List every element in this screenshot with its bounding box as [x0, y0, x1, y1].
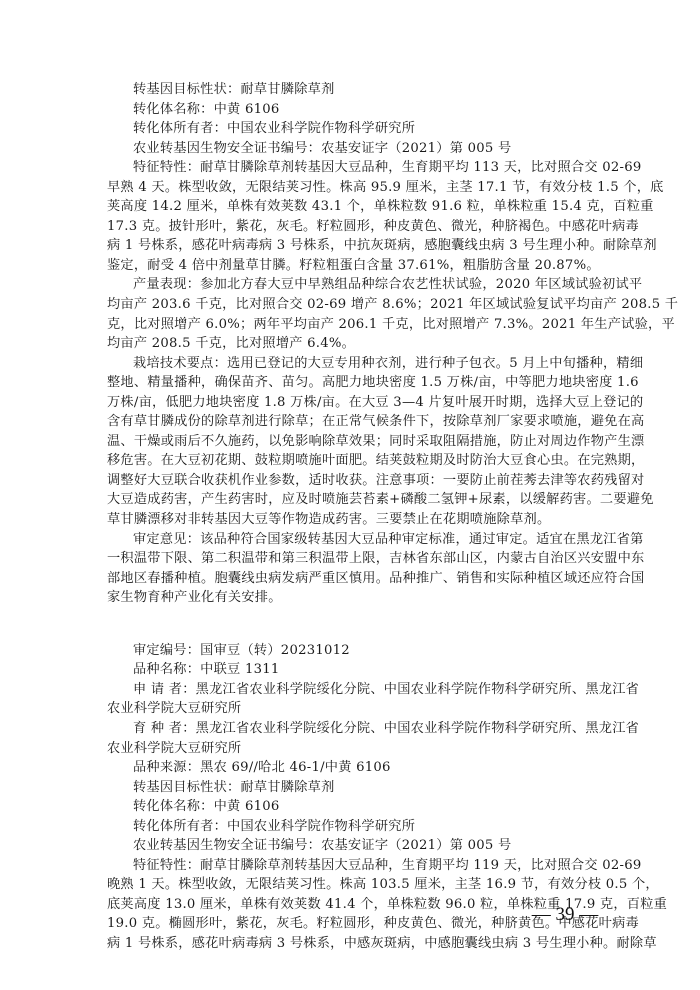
cultivation-line: 整地、精量播种，确保苗齐、苗匀。高肥力地块密度 1.5 万株/亩，中等肥力地块密… [107, 373, 597, 393]
characteristics-line: 19.0 克。椭圆形叶，紫花，灰毛。籽粒圆形，种皮黄色、微光，种脐黄色。中感花叶… [107, 914, 597, 934]
applicant-cont: 农业科学院大豆研究所 [107, 699, 597, 719]
characteristics-line: 早熟 4 天。株型收敛，无限结荚习性。株高 95.9 厘米，主茎 17.1 节，… [107, 178, 597, 198]
approval-opinion-line: 部地区春播种植。胞囊线虫病发病严重区慎用。品种推广、销售和实际种植区域还应符合国 [107, 569, 597, 589]
characteristics-line: 特征特性：耐草甘膦除草剂转基因大豆品种，生育期平均 113 天，比对照合交 02… [107, 158, 597, 178]
page-number: — 39 — [530, 904, 600, 926]
characteristics-line: 鉴定，耐受 4 倍中剂量草甘膦。籽粒粗蛋白含量 37.61%，粗脂肪含量 20.… [107, 256, 597, 276]
variety-block-zhonglian-1311: 审定编号：国审豆（转）20231012 品种名称：中联豆 1311 申 请 者：… [107, 641, 597, 954]
characteristics-line: 底荚高度 13.0 厘米，单株有效荚数 41.4 个，单株粒数 96.0 粒，单… [107, 895, 597, 915]
document-page: 转基因目标性状：耐草甘膦除草剂 转化体名称：中黄 6106 转化体所有者：中国农… [107, 80, 597, 954]
characteristics-line: 特征特性：耐草甘膦除草剂转基因大豆品种，生育期平均 119 天，比对照合交 02… [107, 856, 597, 876]
cultivation-line: 大豆造成药害，产生药害时，应及时喷施芸苔素+磷酸二氢钾+尿素，以缓解药害。二要避… [107, 490, 597, 510]
cultivation-line: 调整好大豆联合收获机作业参数，适时收获。注意事项：一要防止前茬莠去津等农药残留对 [107, 471, 597, 491]
cultivation-line: 栽培技术要点：选用已登记的大豆专用种衣剂，进行种子包衣。5 月上中旬播种，精细 [107, 354, 597, 374]
cultivation-line: 温、干燥或雨后不久施药，以免影响除草效果；同时采取阻隔措施，防止对周边作物产生漂 [107, 432, 597, 452]
approval-number: 审定编号：国审豆（转）20231012 [107, 641, 597, 661]
variety-name: 品种名称：中联豆 1311 [107, 660, 597, 680]
transgenic-trait: 转基因目标性状：耐草甘膦除草剂 [107, 80, 597, 100]
section-spacer [107, 608, 597, 641]
characteristics-line: 病 1 号株系，感花叶病毒病 3 号株系，中感灰斑病，中感胞囊线虫病 3 号生理… [107, 934, 597, 954]
yield-line: 产量表现：参加北方春大豆中早熟组品种综合农艺性状试验，2020 年区域试验初试平 [107, 275, 597, 295]
variety-block-zhonghuang: 转基因目标性状：耐草甘膦除草剂 转化体名称：中黄 6106 转化体所有者：中国农… [107, 80, 597, 608]
yield-line: 克，比对照增产 6.0%；两年平均亩产 206.1 千克，比对照增产 7.3%。… [107, 315, 597, 335]
event-name: 转化体名称：中黄 6106 [107, 100, 597, 120]
event-owner: 转化体所有者：中国农业科学院作物科学研究所 [107, 119, 597, 139]
approval-opinion-line: 一积温带下限、第二积温带和第三积温带上限，吉林省东部山区，内蒙古自治区兴安盟中东 [107, 549, 597, 569]
approval-opinion-line: 家生物育种产业化有关安排。 [107, 588, 597, 608]
variety-source: 品种来源：黑农 69//哈北 46-1/中黄 6106 [107, 758, 597, 778]
approval-opinion-line: 审定意见：该品种符合国家级转基因大豆品种审定标准，通过审定。适宜在黑龙江省第 [107, 530, 597, 550]
cultivation-line: 草甘膦漂移对非转基因大豆等作物造成药害。三要禁止在花期喷施除草剂。 [107, 510, 597, 530]
characteristics-line: 晚熟 1 天。株型收敛，无限结荚习性。株高 103.5 厘米，主茎 16.9 节… [107, 875, 597, 895]
cultivation-line: 含有草甘膦成份的除草剂进行除草；在正常气候条件下，按除草剂厂家要求喷施，避免在高 [107, 412, 597, 432]
event-owner: 转化体所有者：中国农业科学院作物科学研究所 [107, 817, 597, 837]
applicant: 申 请 者：黑龙江省农业科学院绥化分院、中国农业科学院作物科学研究所、黑龙江省 [107, 680, 597, 700]
biosafety-certificate: 农业转基因生物安全证书编号：农基安证字（2021）第 005 号 [107, 139, 597, 159]
yield-line: 均亩产 203.6 千克，比对照合交 02-69 增产 8.6%；2021 年区… [107, 295, 597, 315]
breeder-cont: 农业科学院大豆研究所 [107, 739, 597, 759]
characteristics-line: 病 1 号株系，感花叶病毒病 3 号株系，中抗灰斑病，感胞囊线虫病 3 号生理小… [107, 236, 597, 256]
transgenic-trait: 转基因目标性状：耐草甘膦除草剂 [107, 778, 597, 798]
biosafety-certificate: 农业转基因生物安全证书编号：农基安证字（2021）第 005 号 [107, 836, 597, 856]
breeder: 育 种 者：黑龙江省农业科学院绥化分院、中国农业科学院作物科学研究所、黑龙江省 [107, 719, 597, 739]
cultivation-line: 移危害。在大豆初花期、鼓粒期喷施叶面肥。结荚鼓粒期及时防治大豆食心虫。在完熟期， [107, 451, 597, 471]
event-name: 转化体名称：中黄 6106 [107, 797, 597, 817]
characteristics-line: 17.3 克。披针形叶，紫花，灰毛。籽粒圆形，种皮黄色、微光，种脐褐色。中感花叶… [107, 217, 597, 237]
yield-line: 均亩产 208.5 千克，比对照增产 6.4%。 [107, 334, 597, 354]
cultivation-line: 万株/亩，低肥力地块密度 1.8 万株/亩。在大豆 3—4 片复叶展开时期，选择… [107, 393, 597, 413]
characteristics-line: 荚高度 14.2 厘米，单株有效荚数 43.1 个，单株粒数 91.6 粒，单株… [107, 197, 597, 217]
